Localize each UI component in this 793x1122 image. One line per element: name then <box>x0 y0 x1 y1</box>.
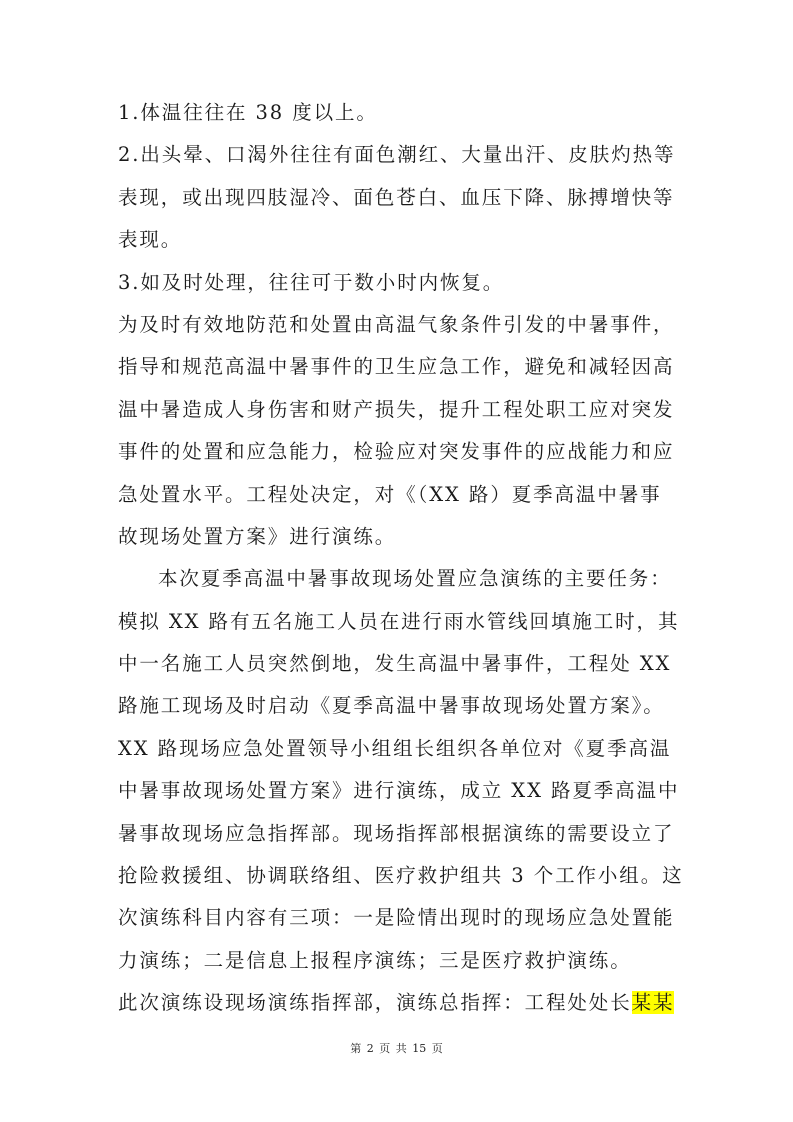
paragraph-purpose: 为及时有效地防范和处置由高温气象条件引发的中暑事件， <box>118 304 678 346</box>
text-line: 次演练科目内容有三项：一是险情出现时的现场应急处置能 <box>118 897 678 939</box>
text-line: 急处置水平。工程处决定，对《（XX 路）夏季高温中暑事 <box>118 474 678 516</box>
text-line: 事件的处置和应急能力，检验应对突发事件的应战能力和应 <box>118 431 678 473</box>
paragraph-command: 此次演练设现场演练指挥部，演练总指挥：工程处处长某某 <box>118 982 678 1024</box>
text-line: 故现场处置方案》进行演练。 <box>118 516 678 558</box>
paragraph-main-task: 本次夏季高温中暑事故现场处置应急演练的主要任务： <box>118 558 678 600</box>
text-line: 表现，或出现四肢湿冷、面色苍白、血压下降、脉搏增快等 <box>118 177 678 219</box>
text-line: 抢险救援组、协调联络组、医疗救护组共 3 个工作小组。这 <box>118 855 678 897</box>
command-text: 此次演练设现场演练指挥部，演练总指挥：工程处处长 <box>118 991 632 1014</box>
text-line: 暑事故现场应急指挥部。现场指挥部根据演练的需要设立了 <box>118 813 678 855</box>
text-line: 指导和规范高温中暑事件的卫生应急工作，避免和减轻因高 <box>118 346 678 388</box>
document-page: 1.体温往往在 38 度以上。 2.出头晕、口渴外往往有面色潮红、大量出汗、皮肤… <box>0 0 793 1122</box>
list-item-symptoms: 2.出头晕、口渴外往往有面色潮红、大量出汗、皮肤灼热等 <box>118 134 678 176</box>
text-line: 中一名施工人员突然倒地，发生高温中暑事件，工程处 XX <box>118 643 678 685</box>
text-line: 表现。 <box>118 219 678 261</box>
text-line: 路施工现场及时启动《夏季高温中暑事故现场处置方案》。 <box>118 685 678 727</box>
text-line: 力演练；二是信息上报程序演练；三是医疗救护演练。 <box>118 940 678 982</box>
list-item-body-temperature: 1.体温往往在 38 度以上。 <box>118 92 678 134</box>
text-line: XX 路现场应急处置领导小组组长组织各单位对《夏季高温 <box>118 728 678 770</box>
highlighted-name: 某某 <box>632 991 675 1014</box>
text-line: 模拟 XX 路有五名施工人员在进行雨水管线回填施工时，其 <box>118 601 678 643</box>
text-line: 中暑事故现场处置方案》进行演练，成立 XX 路夏季高温中 <box>118 770 678 812</box>
text-line: 温中暑造成人身伤害和财产损失，提升工程处职工应对突发 <box>118 389 678 431</box>
list-item-recovery: 3.如及时处理，往往可于数小时内恢复。 <box>118 262 678 304</box>
document-body: 1.体温往往在 38 度以上。 2.出头晕、口渴外往往有面色潮红、大量出汗、皮肤… <box>118 92 678 1025</box>
page-number-footer: 第 2 页 共 15 页 <box>0 1040 793 1056</box>
